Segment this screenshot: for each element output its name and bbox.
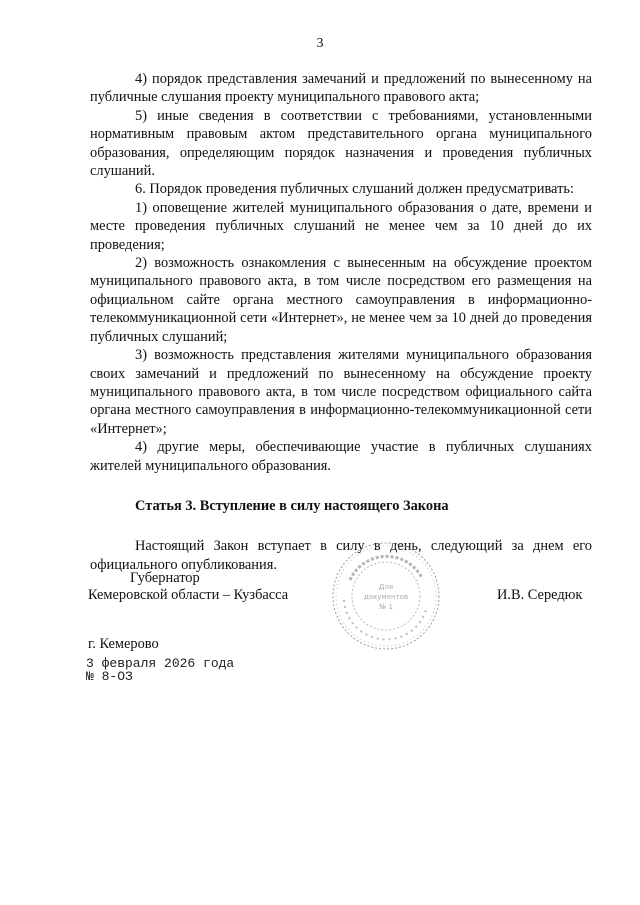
signatory-region: Кемеровской области – Кузбасса <box>88 587 288 604</box>
svg-text:№ 1: № 1 <box>379 603 393 611</box>
paragraph-sub-2: 2) возможность ознакомления с вынесенным… <box>90 254 592 346</box>
svg-text:Для: Для <box>379 583 393 591</box>
page-number: 3 <box>0 36 640 52</box>
seal-icon: Для документов № 1 <box>330 540 442 652</box>
official-seal-stamp: Для документов № 1 <box>330 540 442 652</box>
paragraph-item-5: 5) иные сведения в соответствии с требов… <box>90 107 592 181</box>
law-number: № 8-ОЗ <box>86 670 133 683</box>
svg-text:документов: документов <box>364 593 408 601</box>
paragraph-section-6: 6. Порядок проведения публичных слушаний… <box>90 180 592 198</box>
signatory-name: И.В. Середюк <box>497 587 582 604</box>
paragraph-sub-1: 1) оповещение жителей муниципального обр… <box>90 199 592 254</box>
article-heading: Статья 3. Вступление в силу настоящего З… <box>90 497 592 515</box>
paragraph-sub-4: 4) другие меры, обеспечивающие участие в… <box>90 438 592 475</box>
paragraph-sub-3: 3) возможность представления жителями му… <box>90 346 592 438</box>
document-body: 4) порядок представления замечаний и пре… <box>90 70 592 574</box>
signatory-title: Губернатор <box>130 570 200 587</box>
spacer <box>90 515 592 537</box>
paragraph-item-4: 4) порядок представления замечаний и пре… <box>90 70 592 107</box>
city: г. Кемерово <box>88 636 159 653</box>
